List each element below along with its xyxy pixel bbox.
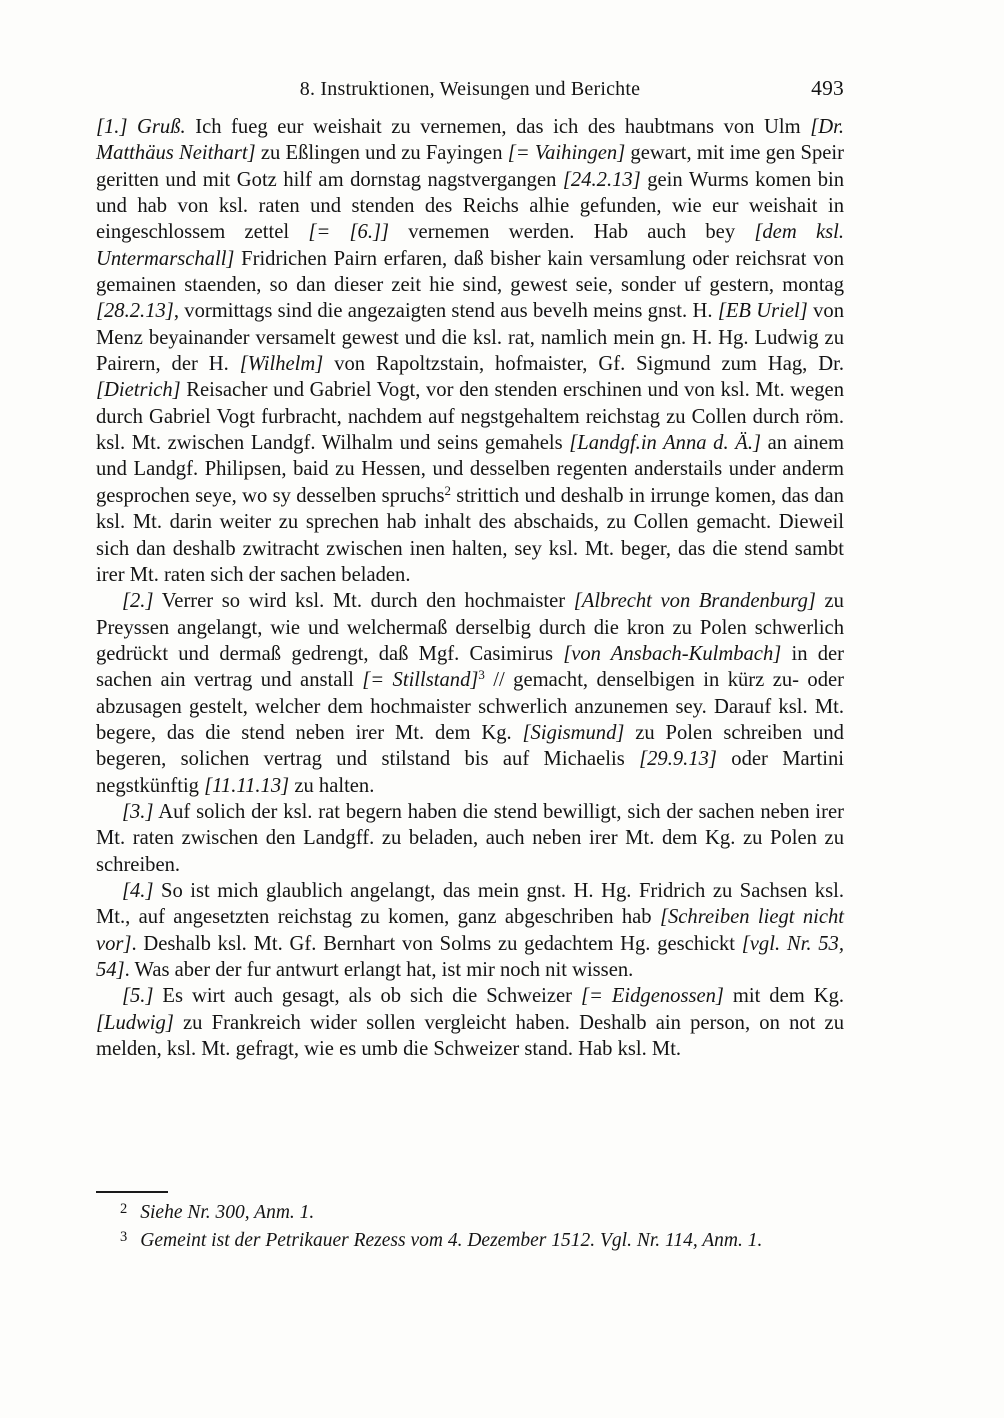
text-run: mit dem Kg. xyxy=(724,985,844,1007)
editorial-insertion: [29.9.13] xyxy=(639,748,717,770)
editorial-insertion: [24.2.13] xyxy=(563,169,641,191)
text-run: zu Frankreich wider sollen vergleicht ha… xyxy=(96,1012,844,1060)
editorial-insertion: [2.] xyxy=(122,590,153,612)
footnote-block: 2Siehe Nr. 300, Anm. 1.3Gemeint ist der … xyxy=(96,1191,844,1255)
footnote-list: 2Siehe Nr. 300, Anm. 1.3Gemeint ist der … xyxy=(96,1200,844,1255)
editorial-insertion: [EB Uriel] xyxy=(718,300,808,322)
editorial-insertion: [= [6.]] xyxy=(308,221,389,243)
chapter-heading: 8. Instruktionen, Weisungen und Berichte xyxy=(300,78,640,100)
book-page: 8. Instruktionen, Weisungen und Berichte… xyxy=(0,0,1004,1418)
footnote-text: Gemeint ist der Petrikauer Rezess vom 4.… xyxy=(140,1228,762,1255)
paragraph: [3.] Auf solich der ksl. rat begern habe… xyxy=(96,799,844,878)
footnote-number: 2 xyxy=(120,1196,127,1223)
text-run: Es wirt auch gesagt, als ob sich die Sch… xyxy=(153,985,580,1007)
footnote-rule xyxy=(96,1191,168,1193)
editorial-insertion: [= Eidgenossen] xyxy=(581,985,724,1007)
text-run: . Was aber der fur antwurt erlangt hat, … xyxy=(125,959,634,981)
editorial-insertion: [von Ansbach-Kulmbach] xyxy=(563,643,781,665)
editorial-insertion: [Wilhelm] xyxy=(240,353,324,375)
text-run: . Deshalb ksl. Mt. Gf. Bernhart von Solm… xyxy=(131,933,741,955)
paragraph: [2.] Verrer so wird ksl. Mt. durch den h… xyxy=(96,588,844,799)
editorial-insertion: [Ludwig] xyxy=(96,1012,174,1034)
text-run: , vormittags sind die angezaigten stend … xyxy=(174,300,718,322)
editorial-insertion: [Albrecht von Brandenburg] xyxy=(574,590,816,612)
body-text: [1.] Gruß. Ich fueg eur weishait zu vern… xyxy=(96,114,844,1062)
footnote-number: 3 xyxy=(120,1224,127,1251)
footnote: 2Siehe Nr. 300, Anm. 1. xyxy=(120,1200,844,1228)
footnote: 3Gemeint ist der Petrikauer Rezess vom 4… xyxy=(120,1228,844,1256)
page-number: 493 xyxy=(811,76,844,101)
editorial-insertion: [5.] xyxy=(122,985,153,1007)
text-run: von Rapoltzstain, hofmaister, Gf. Sigmun… xyxy=(323,353,844,375)
editorial-insertion: [= Stillstand] xyxy=(362,669,478,691)
paragraph: [5.] Es wirt auch gesagt, als ob sich di… xyxy=(96,983,844,1062)
footnote-text: Siehe Nr. 300, Anm. 1. xyxy=(140,1200,314,1227)
text-run: Auf solich der ksl. rat begern haben die… xyxy=(96,801,844,876)
editorial-insertion: [Sigismund] xyxy=(523,722,625,744)
editorial-insertion: [Dietrich] xyxy=(96,379,181,401)
text-run: zu halten. xyxy=(289,775,374,797)
editorial-insertion: [Landgf.in Anna d. Ä.] xyxy=(569,432,761,454)
text-run: vernemen werden. Hab auch bey xyxy=(389,221,754,243)
text-run: Ich fueg eur weishait zu vernemen, das i… xyxy=(186,116,811,138)
running-head: 8. Instruktionen, Weisungen und Berichte… xyxy=(96,78,844,101)
text-run: Verrer so wird ksl. Mt. durch den hochma… xyxy=(153,590,573,612)
text-run: zu Eßlingen und zu Fayingen xyxy=(256,142,508,164)
editorial-insertion: [28.2.13] xyxy=(96,300,174,322)
paragraph: [1.] Gruß. Ich fueg eur weishait zu vern… xyxy=(96,114,844,588)
editorial-insertion: [11.11.13] xyxy=(204,775,289,797)
editorial-insertion: [= Vaihingen] xyxy=(508,142,626,164)
editorial-insertion: [3.] xyxy=(122,801,153,823)
paragraph: [4.] So ist mich glaublich angelangt, da… xyxy=(96,878,844,983)
editorial-insertion: [4.] xyxy=(122,880,153,902)
editorial-insertion: [1.] Gruß. xyxy=(96,116,186,138)
